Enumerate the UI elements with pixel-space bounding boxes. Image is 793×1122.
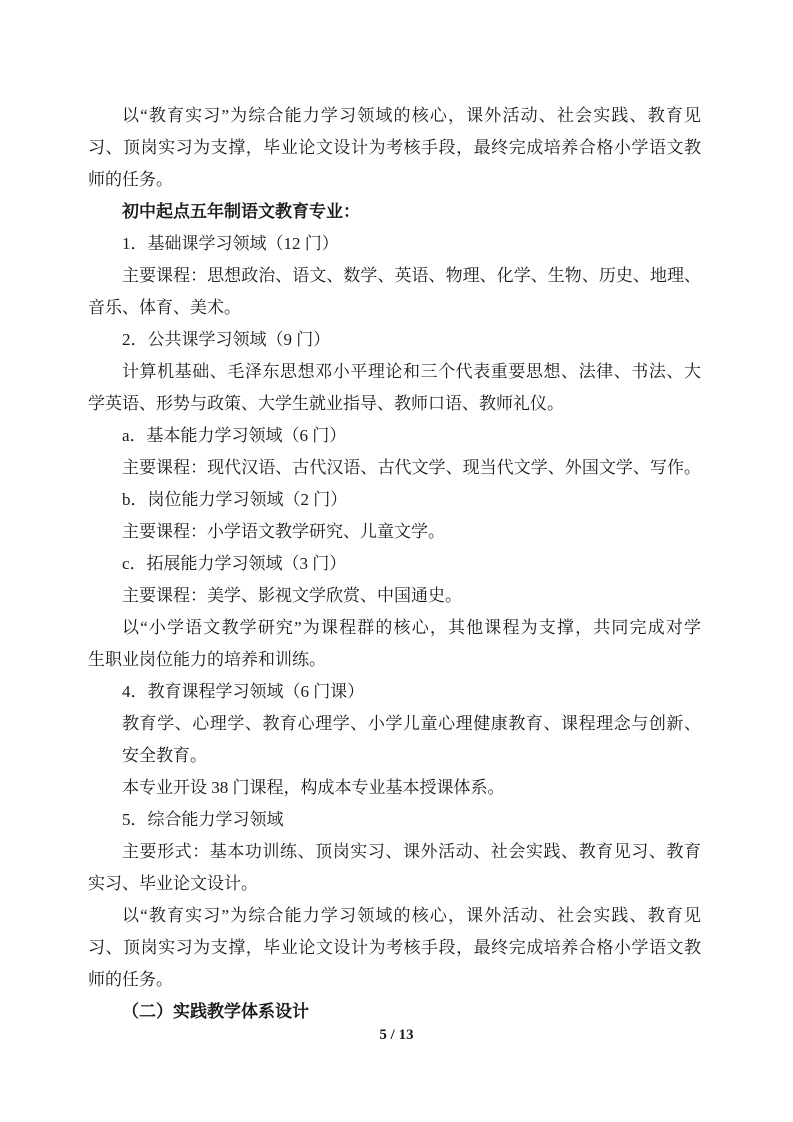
- document-body: 以“教育实习”为综合能力学习领域的核心，课外活动、社会实践、教育见习、顶岗实习为…: [88, 100, 701, 1028]
- text-line: 主要形式：基本功训练、顶岗实习、课外活动、社会实践、教育见习、教育: [88, 836, 701, 868]
- text-line: 以“小学语文教学研究”为课程群的核心，其他课程为支撑，共同完成对学: [88, 612, 701, 644]
- text-line: 师的任务。: [88, 164, 701, 196]
- text-line: 4．教育课程学习领域（6 门课）: [88, 676, 701, 708]
- document-page: 以“教育实习”为综合能力学习领域的核心，课外活动、社会实践、教育见习、顶岗实习为…: [0, 0, 793, 1122]
- text-line: 教育学、心理学、教育心理学、小学儿童心理健康教育、课程理念与创新、: [88, 708, 701, 740]
- text-line: 主要课程：美学、影视文学欣赏、中国通史。: [88, 580, 701, 612]
- text-line: 安全教育。: [88, 740, 701, 772]
- page-number: 5 / 13: [0, 1026, 793, 1044]
- text-line: 习、顶岗实习为支撑，毕业论文设计为考核手段，最终完成培养合格小学语文教: [88, 132, 701, 164]
- text-line: 2．公共课学习领域（9 门）: [88, 324, 701, 356]
- text-line: 习、顶岗实习为支撑，毕业论文设计为考核手段，最终完成培养合格小学语文教: [88, 932, 701, 964]
- text-line: 生职业岗位能力的培养和训练。: [88, 644, 701, 676]
- text-line: 主要课程：小学语文教学研究、儿童文学。: [88, 516, 701, 548]
- text-line: 音乐、体育、美术。: [88, 292, 701, 324]
- text-line: 本专业开设 38 门课程，构成本专业基本授课体系。: [88, 772, 701, 804]
- text-line: 以“教育实习”为综合能力学习领域的核心，课外活动、社会实践、教育见: [88, 900, 701, 932]
- text-line: b．岗位能力学习领域（2 门）: [88, 484, 701, 516]
- text-line: 主要课程：思想政治、语文、数学、英语、物理、化学、生物、历史、地理、: [88, 260, 701, 292]
- text-line: 主要课程：现代汉语、古代汉语、古代文学、现当代文学、外国文学、写作。: [88, 452, 701, 484]
- text-line: 计算机基础、毛泽东思想邓小平理论和三个代表重要思想、法律、书法、大: [88, 356, 701, 388]
- text-line: a．基本能力学习领域（6 门）: [88, 420, 701, 452]
- text-line: 以“教育实习”为综合能力学习领域的核心，课外活动、社会实践、教育见: [88, 100, 701, 132]
- text-line: 学英语、形势与政策、大学生就业指导、教师口语、教师礼仪。: [88, 388, 701, 420]
- text-line: c．拓展能力学习领域（3 门）: [88, 548, 701, 580]
- text-line: 师的任务。: [88, 964, 701, 996]
- text-line: 初中起点五年制语文教育专业：: [88, 196, 701, 228]
- text-line: （二）实践教学体系设计: [88, 996, 701, 1028]
- text-line: 实习、毕业论文设计。: [88, 868, 701, 900]
- text-line: 1．基础课学习领域（12 门）: [88, 228, 701, 260]
- text-line: 5．综合能力学习领域: [88, 804, 701, 836]
